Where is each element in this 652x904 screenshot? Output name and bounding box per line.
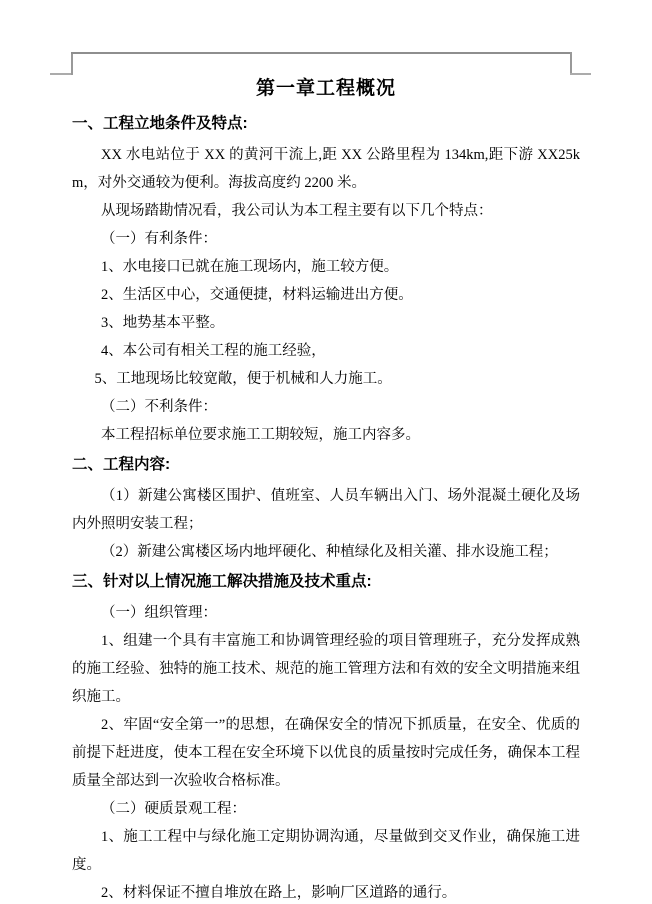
paragraph: （2）新建公寓楼区场内地坪硬化、种植绿化及相关灌、排水设施工程； [72, 538, 580, 566]
page-boundary-right-corner [570, 52, 572, 75]
section-heading: 二、工程内容: [72, 451, 580, 479]
paragraph: 2、生活区中心，交通便捷，材料运输进出方便。 [72, 281, 580, 309]
paragraph: （二）不利条件： [72, 393, 580, 421]
document-content: 第一章工程概况 一、工程立地条件及特点:XX 水电站位于 XX 的黄河干流上,距… [72, 74, 580, 904]
paragraph: 5、工地现场比较宽敞，便于机械和人力施工。 [72, 365, 580, 393]
paragraph: 1、施工工程中与绿化施工定期协调沟通，尽量做到交叉作业，确保施工进度。 [72, 823, 580, 879]
paragraph: 1、水电接口已就在施工现场内，施工较方便。 [72, 253, 580, 281]
paragraph: 4、本公司有相关工程的施工经验， [72, 337, 580, 365]
paragraph: 从现场踏勘情况看，我公司认为本工程主要有以下几个特点： [72, 197, 580, 225]
paragraph: 2、牢固“安全第一”的思想，在确保安全的情况下抓质量，在安全、优质的前提下赶进度… [72, 711, 580, 795]
document-page: 第一章工程概况 一、工程立地条件及特点:XX 水电站位于 XX 的黄河干流上,距… [0, 0, 652, 904]
page-boundary-left-step [50, 73, 73, 75]
paragraph: （1）新建公寓楼区围护、值班室、人员车辆出入门、场外混凝土硬化及场内外照明安装工… [72, 482, 580, 538]
paragraph: 1、组建一个具有丰富施工和协调管理经验的项目管理班子，充分发挥成熟的施工经验、独… [72, 627, 580, 711]
paragraph: （一）有利条件： [72, 225, 580, 253]
paragraph: 本工程招标单位要求施工工期较短，施工内容多。 [72, 421, 580, 449]
paragraph: （二）硬质景观工程： [72, 795, 580, 823]
page-boundary-left-corner [71, 52, 73, 75]
document-body: 一、工程立地条件及特点:XX 水电站位于 XX 的黄河干流上,距 XX 公路里程… [72, 110, 580, 904]
paragraph: （一）组织管理： [72, 599, 580, 627]
page-boundary-top-line [71, 52, 572, 54]
section-heading: 一、工程立地条件及特点: [72, 110, 580, 138]
paragraph: 3、地势基本平整。 [72, 309, 580, 337]
paragraph: 2、材料保证不擅自堆放在路上，影响厂区道路的通行。 [72, 879, 580, 904]
paragraph: XX 水电站位于 XX 的黄河干流上,距 XX 公路里程为 134km,距下游 … [72, 141, 580, 197]
section-heading: 三、针对以上情况施工解决措施及技术重点: [72, 568, 580, 596]
chapter-title: 第一章工程概况 [72, 74, 580, 104]
